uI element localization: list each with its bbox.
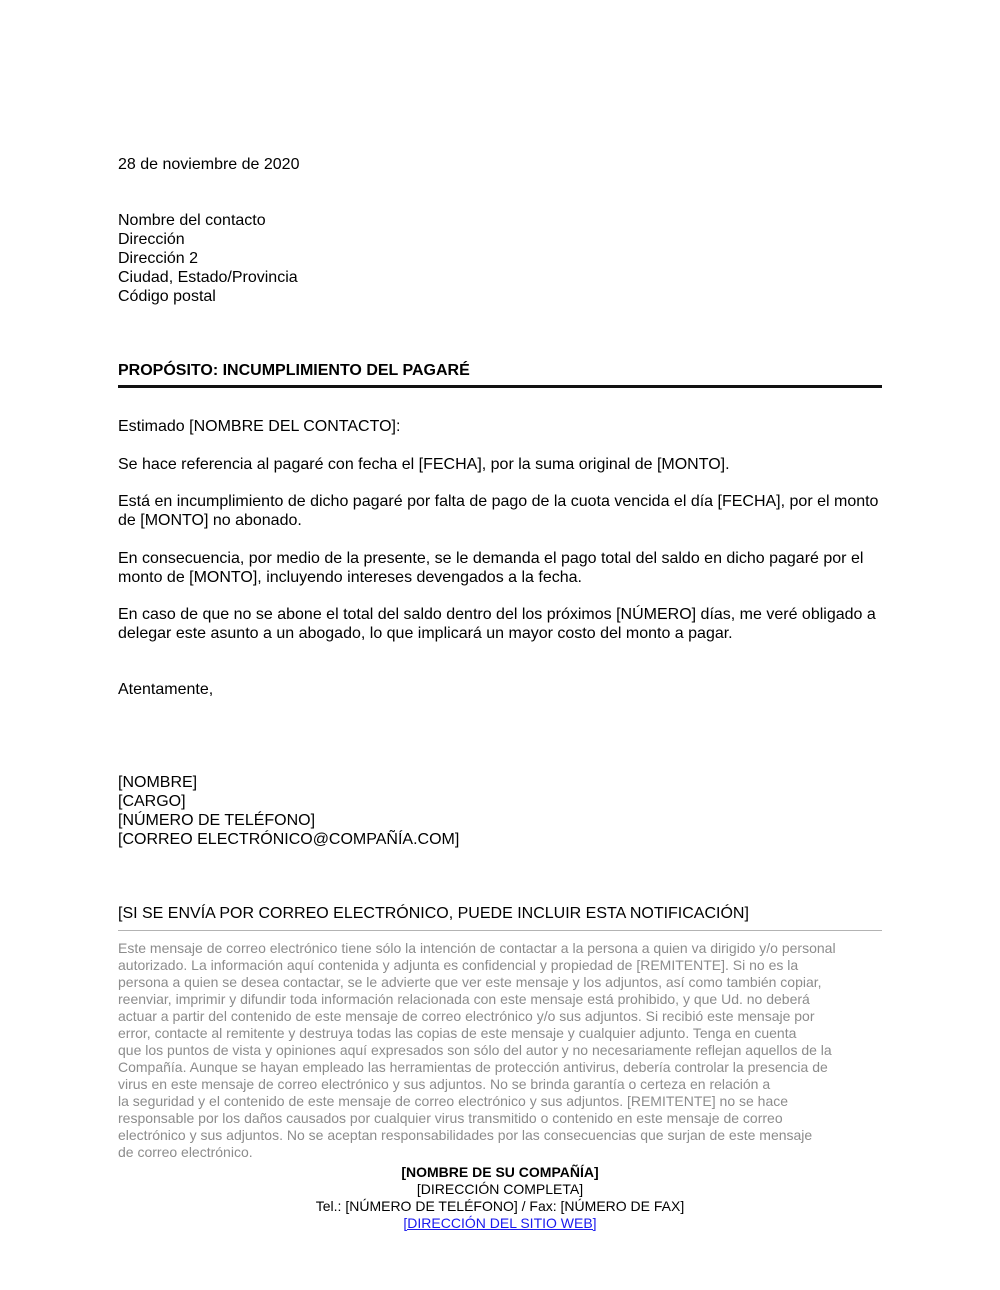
recipient-name: Nombre del contacto: [118, 211, 298, 230]
body-paragraph: En caso de que no se abone el total del …: [118, 605, 882, 643]
signer-phone: [NÚMERO DE TELÉFONO]: [118, 811, 459, 830]
body-paragraph: Está en incumplimiento de dicho pagaré p…: [118, 492, 882, 530]
disclaimer-line: responsable por los daños causados por c…: [118, 1110, 882, 1127]
disclaimer-line: Compañía. Aunque se hayan empleado las h…: [118, 1059, 882, 1076]
recipient-address: Nombre del contacto Dirección Dirección …: [118, 211, 298, 306]
disclaimer-line: de correo electrónico.: [118, 1144, 882, 1161]
signer-name: [NOMBRE]: [118, 773, 459, 792]
purpose-heading: PROPÓSITO: INCUMPLIMIENTO DEL PAGARÉ: [118, 361, 470, 380]
disclaimer-line: electrónico y sus adjuntos. No se acepta…: [118, 1127, 882, 1144]
disclaimer-line: Este mensaje de correo electrónico tiene…: [118, 940, 882, 957]
recipient-postal-code: Código postal: [118, 287, 298, 306]
disclaimer-line: autorizado. La información aquí contenid…: [118, 957, 882, 974]
body-paragraph: Se hace referencia al pagaré con fecha e…: [118, 455, 882, 474]
disclaimer-line: error, contacte al remitente y destruya …: [118, 1025, 882, 1042]
body-paragraph: En consecuencia, por medio de la present…: [118, 549, 882, 587]
purpose-divider: [118, 385, 882, 388]
company-footer: [NOMBRE DE SU COMPAÑÍA] [DIRECCIÓN COMPL…: [118, 1164, 882, 1232]
disclaimer-line: que los puntos de vista y opiniones aquí…: [118, 1042, 882, 1059]
recipient-address-line-2: Dirección 2: [118, 249, 298, 268]
email-notice-divider: [118, 930, 882, 931]
disclaimer-line: reenviar, imprimir y difundir toda infor…: [118, 991, 882, 1008]
disclaimer-line: la seguridad y el contenido de este mens…: [118, 1093, 882, 1110]
company-address: [DIRECCIÓN COMPLETA]: [118, 1181, 882, 1198]
letter-date: 28 de noviembre de 2020: [118, 155, 299, 174]
email-disclaimer: Este mensaje de correo electrónico tiene…: [118, 940, 882, 1161]
disclaimer-line: virus en este mensaje de correo electrón…: [118, 1076, 882, 1093]
disclaimer-line: persona a quien se desea contactar, se l…: [118, 974, 882, 991]
email-notice-heading: [SI SE ENVÍA POR CORREO ELECTRÓNICO, PUE…: [118, 904, 749, 923]
website-link[interactable]: [DIRECCIÓN DEL SITIO WEB]: [403, 1215, 596, 1231]
company-name: [NOMBRE DE SU COMPAÑÍA]: [118, 1164, 882, 1181]
closing: Atentamente,: [118, 680, 882, 699]
recipient-address-line-1: Dirección: [118, 230, 298, 249]
company-contact: Tel.: [NÚMERO DE TELÉFONO] / Fax: [NÚMER…: [118, 1198, 882, 1215]
recipient-city-state: Ciudad, Estado/Provincia: [118, 268, 298, 287]
greeting: Estimado [NOMBRE DEL CONTACTO]:: [118, 417, 882, 436]
disclaimer-line: actuar a partir del contenido de este me…: [118, 1008, 882, 1025]
signer-email: [CORREO ELECTRÓNICO@COMPAÑÍA.COM]: [118, 830, 459, 849]
signature-block: [NOMBRE] [CARGO] [NÚMERO DE TELÉFONO] [C…: [118, 773, 459, 849]
signer-title: [CARGO]: [118, 792, 459, 811]
